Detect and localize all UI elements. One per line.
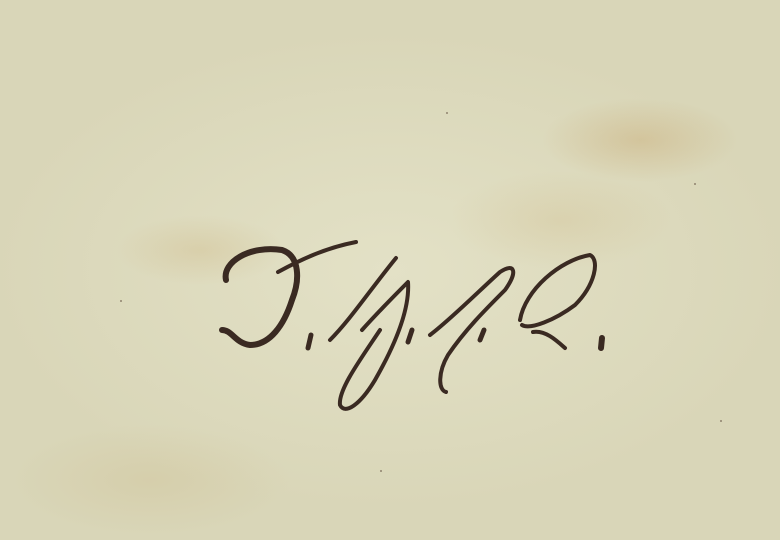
aged-paper: D. H. C. Q. bbox=[0, 0, 780, 540]
handwritten-initials bbox=[0, 0, 780, 540]
